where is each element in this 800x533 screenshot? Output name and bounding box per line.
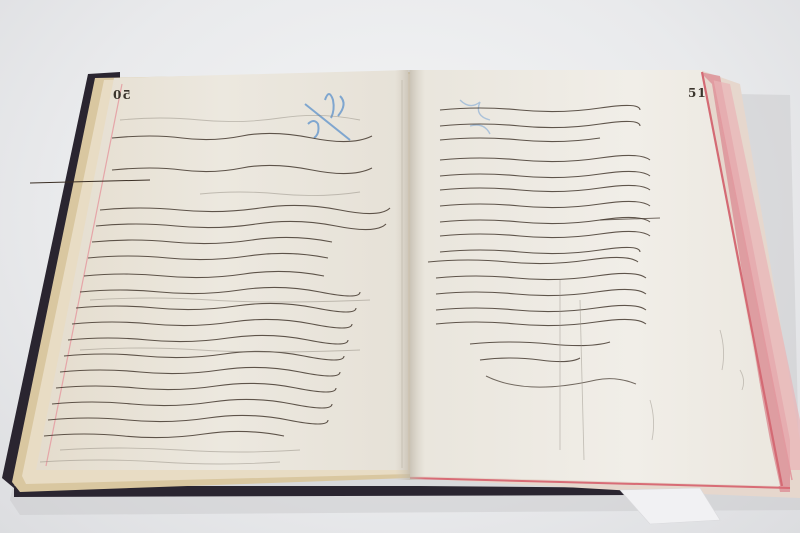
right-page-number: 51 xyxy=(688,86,707,100)
ledger-photo: 50 51 xyxy=(0,0,800,533)
open-ledger-illustration xyxy=(0,0,800,533)
left-page-number: 50 xyxy=(112,88,131,102)
